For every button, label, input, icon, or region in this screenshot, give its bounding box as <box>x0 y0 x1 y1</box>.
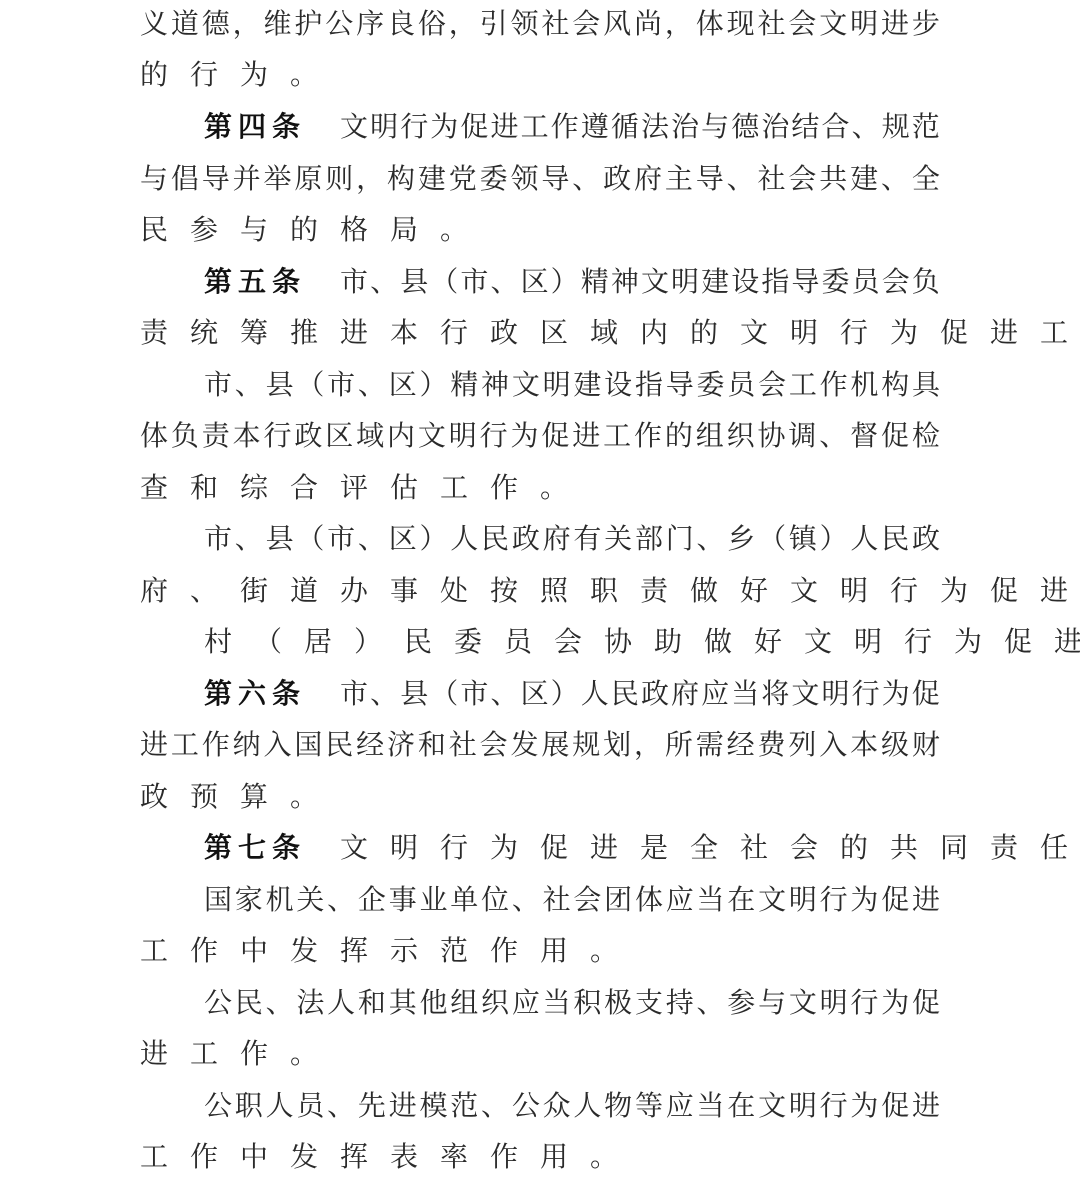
text-line: 责统筹推进本行政区域内的文明行为促进工作。 <box>140 313 1080 353</box>
text-line: 工作中发挥示范作用。 <box>140 931 640 971</box>
line-text: 市、县（市、区）精神文明建设指导委员会工作机构具 <box>204 365 940 405</box>
article-first-line: 第四条文明行为促进工作遵循法治与德治结合、规范 <box>204 107 940 147</box>
line-text: 市、县（市、区）人民政府应当将文明行为促 <box>340 674 940 714</box>
line-text: 责统筹推进本行政区域内的文明行为促进工作。 <box>140 313 1080 353</box>
text-line: 国家机关、企事业单位、社会团体应当在文明行为促进 <box>204 880 940 920</box>
text-line: 公民、法人和其他组织应当积极支持、参与文明行为促 <box>204 983 940 1023</box>
line-text: 工作中发挥表率作用。 <box>140 1137 640 1177</box>
line-text: 国家机关、企事业单位、社会团体应当在文明行为促进 <box>204 880 940 920</box>
article-first-line: 第五条市、县（市、区）精神文明建设指导委员会负 <box>204 262 940 302</box>
line-text: 与倡导并举原则，构建党委领导、政府主导、社会共建、全 <box>140 159 940 199</box>
article-first-line: 第六条市、县（市、区）人民政府应当将文明行为促 <box>204 674 940 714</box>
text-line: 进工作。 <box>140 1034 340 1074</box>
line-text: 村（居）民委员会协助做好文明行为促进工作。 <box>204 622 1080 662</box>
article-number: 第五条 <box>204 262 306 302</box>
line-text: 市、县（市、区）人民政府有关部门、乡（镇）人民政 <box>204 519 940 559</box>
line-text: 民参与的格局。 <box>140 210 490 250</box>
line-text: 进工作纳入国民经济和社会发展规划，所需经费列入本级财 <box>140 725 940 765</box>
text-line: 府、街道办事处按照职责做好文明行为促进工作。 <box>140 571 1080 611</box>
text-line: 查和综合评估工作。 <box>140 468 590 508</box>
line-text: 市、县（市、区）精神文明建设指导委员会负 <box>340 262 940 302</box>
line-text: 政预算。 <box>140 777 340 817</box>
text-line: 村（居）民委员会协助做好文明行为促进工作。 <box>204 622 1080 662</box>
article-number: 第六条 <box>204 674 306 714</box>
line-text: 进工作。 <box>140 1034 340 1074</box>
line-text: 义道德，维护公序良俗，引领社会风尚，体现社会文明进步 <box>140 4 940 44</box>
line-text: 公民、法人和其他组织应当积极支持、参与文明行为促 <box>204 983 940 1023</box>
text-line: 民参与的格局。 <box>140 210 490 250</box>
text-line: 政预算。 <box>140 777 340 817</box>
line-text: 文明行为促进工作遵循法治与德治结合、规范 <box>340 107 940 147</box>
line-text: 查和综合评估工作。 <box>140 468 590 508</box>
line-text: 文明行为促进是全社会的共同责任。 <box>340 828 1080 868</box>
line-text: 公职人员、先进模范、公众人物等应当在文明行为促进 <box>204 1086 940 1126</box>
text-line: 市、县（市、区）人民政府有关部门、乡（镇）人民政 <box>204 519 940 559</box>
text-line: 的行为。 <box>140 55 340 95</box>
text-line: 工作中发挥表率作用。 <box>140 1137 640 1177</box>
text-line: 进工作纳入国民经济和社会发展规划，所需经费列入本级财 <box>140 725 940 765</box>
text-line: 与倡导并举原则，构建党委领导、政府主导、社会共建、全 <box>140 159 940 199</box>
article-first-line: 第七条文明行为促进是全社会的共同责任。 <box>204 828 1080 868</box>
article-number: 第七条 <box>204 828 306 868</box>
text-line: 公职人员、先进模范、公众人物等应当在文明行为促进 <box>204 1086 940 1126</box>
line-text: 的行为。 <box>140 55 340 95</box>
line-text: 工作中发挥示范作用。 <box>140 931 640 971</box>
line-text: 体负责本行政区域内文明行为促进工作的组织协调、督促检 <box>140 416 940 456</box>
line-text: 府、街道办事处按照职责做好文明行为促进工作。 <box>140 571 1080 611</box>
text-line: 市、县（市、区）精神文明建设指导委员会工作机构具 <box>204 365 940 405</box>
text-line: 义道德，维护公序良俗，引领社会风尚，体现社会文明进步 <box>140 4 940 44</box>
article-number: 第四条 <box>204 107 306 147</box>
text-line: 体负责本行政区域内文明行为促进工作的组织协调、督促检 <box>140 416 940 456</box>
